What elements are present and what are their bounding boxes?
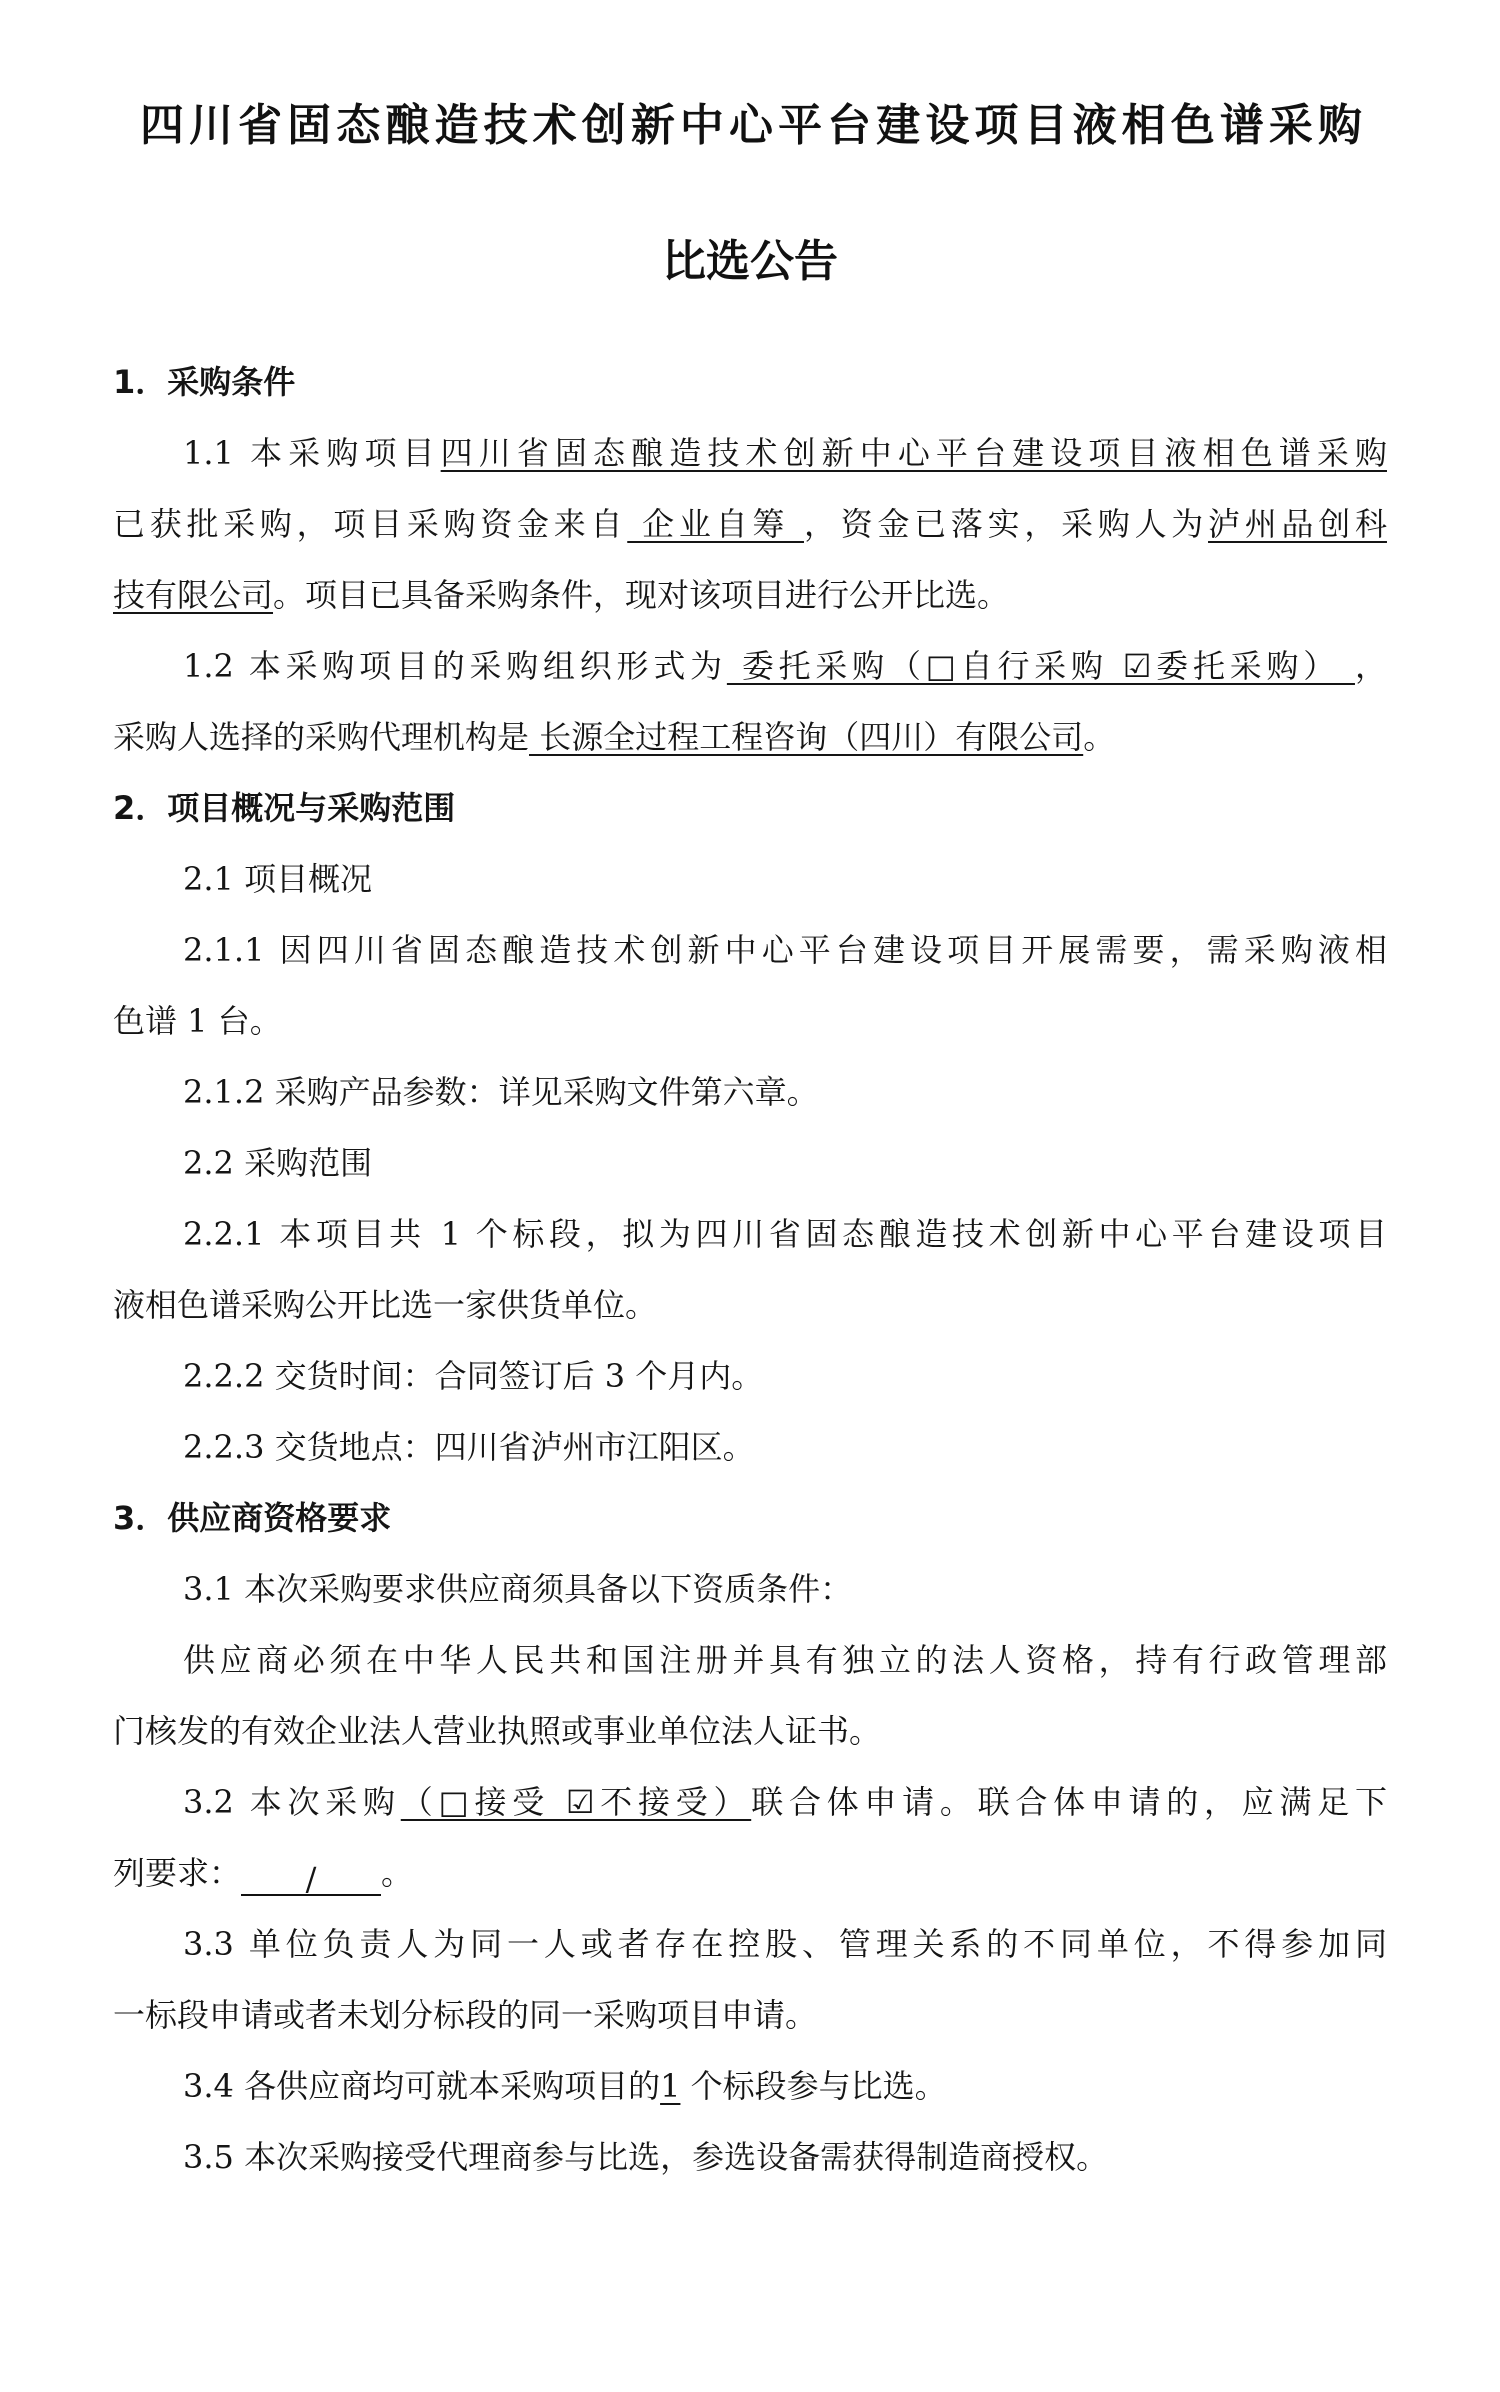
text-run: 2.2.3 交货地点：四川省泸州市江阳区。 — [183, 1428, 755, 1466]
paragraph-line: 技有限公司。项目已具备采购条件，现对该项目进行公开比选。 — [113, 570, 1387, 620]
paragraph-line: 2.2 采购范围 — [183, 1138, 1387, 1188]
underlined-field: 泸州品创科 — [1208, 505, 1387, 543]
text-run: ，资金已落实，采购人为 — [804, 505, 1208, 543]
text-run: 2.2.1 本项目共 1 个标段，拟为四川省固态酿造技术创新中心平台建设项目 — [183, 1215, 1387, 1253]
fill-in-blank: / — [241, 1854, 381, 1896]
paragraph-line: 供应商必须在中华人民共和国注册并具有独立的法人资格，持有行政管理部 — [183, 1635, 1387, 1685]
text-run: 3.2 本次采购 — [183, 1783, 401, 1821]
text-run: 2.1.2 采购产品参数：详见采购文件第六章。 — [183, 1073, 819, 1111]
text-run: 。项目已具备采购条件，现对该项目进行公开比选。 — [273, 576, 1009, 614]
text-run: 。 — [381, 1854, 413, 1892]
document-title-line-2: 比选公告 — [0, 234, 1500, 290]
text-run: 1.2 本采购项目的采购组织形式为 — [183, 647, 727, 685]
underlined-field: （□接受 ☑不接受） — [401, 1783, 751, 1821]
underlined-field: 企业自筹 — [627, 505, 804, 543]
section-heading: 3．供应商资格要求 — [113, 1493, 1387, 1543]
text-run: 3.5 本次采购接受代理商参与比选，参选设备需获得制造商授权。 — [183, 2138, 1108, 2176]
paragraph-line: 3.2 本次采购（□接受 ☑不接受）联合体申请。联合体申请的，应满足下 — [183, 1777, 1387, 1827]
text-run: ， — [1355, 647, 1387, 685]
underlined-field: 委托采购（□自行采购 ☑委托采购） — [727, 647, 1355, 685]
paragraph-line: 1.1 本采购项目四川省固态酿造技术创新中心平台建设项目液相色谱采购 — [183, 428, 1387, 478]
text-run: 采购人选择的采购代理机构是 — [113, 718, 529, 756]
underlined-field: 1 — [660, 2067, 680, 2105]
text-run: 3.3 单位负责人为同一人或者存在控股、管理关系的不同单位，不得参加同 — [183, 1925, 1387, 1963]
paragraph-line: 2.1.1 因四川省固态酿造技术创新中心平台建设项目开展需要，需采购液相 — [183, 925, 1387, 975]
document-title-line-1: 四川省固态酿造技术创新中心平台建设项目液相色谱采购 — [140, 98, 1362, 154]
text-run: 3.1 本次采购要求供应商须具备以下资质条件： — [183, 1570, 852, 1608]
document-page: 四川省固态酿造技术创新中心平台建设项目液相色谱采购 比选公告 1．采购条件1.1… — [0, 0, 1500, 2392]
text-run: 个标段参与比选。 — [680, 2067, 946, 2105]
text-run: 2.2.2 交货时间：合同签订后 3 个月内。 — [183, 1357, 763, 1395]
text-run: 门核发的有效企业法人营业执照或事业单位法人证书。 — [113, 1712, 881, 1750]
section-heading: 1．采购条件 — [113, 357, 1387, 407]
paragraph-line: 2.1.2 采购产品参数：详见采购文件第六章。 — [183, 1067, 1387, 1117]
paragraph-line: 采购人选择的采购代理机构是 长源全过程工程咨询（四川）有限公司。 — [113, 712, 1387, 762]
paragraph-line: 2.2.1 本项目共 1 个标段，拟为四川省固态酿造技术创新中心平台建设项目 — [183, 1209, 1387, 1259]
text-run: 已获批采购，项目采购资金来自 — [113, 505, 627, 543]
paragraph-line: 液相色谱采购公开比选一家供货单位。 — [113, 1280, 1387, 1330]
text-run: 1.1 本采购项目 — [183, 434, 441, 472]
paragraph-line: 3.4 各供应商均可就本采购项目的1 个标段参与比选。 — [183, 2061, 1387, 2111]
section-heading: 2．项目概况与采购范围 — [113, 783, 1387, 833]
text-run: 。 — [1083, 718, 1115, 756]
underlined-field: 长源全过程工程咨询（四川）有限公司 — [529, 718, 1083, 756]
paragraph-line: 3.3 单位负责人为同一人或者存在控股、管理关系的不同单位，不得参加同 — [183, 1919, 1387, 1969]
paragraph-line: 一标段申请或者未划分标段的同一采购项目申请。 — [113, 1990, 1387, 2040]
paragraph-line: 3.5 本次采购接受代理商参与比选，参选设备需获得制造商授权。 — [183, 2132, 1387, 2182]
text-run: 联合体申请。联合体申请的，应满足下 — [751, 1783, 1387, 1821]
text-run: 2.1 项目概况 — [183, 860, 372, 898]
text-run: 2.2 采购范围 — [183, 1144, 372, 1182]
text-run: 3.4 各供应商均可就本采购项目的 — [183, 2067, 660, 2105]
paragraph-line: 2.2.2 交货时间：合同签订后 3 个月内。 — [183, 1351, 1387, 1401]
underlined-field: 技有限公司 — [113, 576, 273, 614]
text-run: 2.1.1 因四川省固态酿造技术创新中心平台建设项目开展需要，需采购液相 — [183, 931, 1387, 969]
paragraph-line: 1.2 本采购项目的采购组织形式为 委托采购（□自行采购 ☑委托采购） ， — [183, 641, 1387, 691]
underlined-field: 四川省固态酿造技术创新中心平台建设项目液相色谱采购 — [441, 434, 1387, 472]
paragraph-line: 列要求：/。 — [113, 1848, 1387, 1898]
text-run: 色谱 1 台。 — [113, 1002, 282, 1040]
paragraph-line: 门核发的有效企业法人营业执照或事业单位法人证书。 — [113, 1706, 1387, 1756]
paragraph-line: 3.1 本次采购要求供应商须具备以下资质条件： — [183, 1564, 1387, 1614]
text-run: 液相色谱采购公开比选一家供货单位。 — [113, 1286, 657, 1324]
paragraph-line: 2.1 项目概况 — [183, 854, 1387, 904]
text-run: 供应商必须在中华人民共和国注册并具有独立的法人资格，持有行政管理部 — [183, 1641, 1387, 1679]
paragraph-line: 2.2.3 交货地点：四川省泸州市江阳区。 — [183, 1422, 1387, 1472]
paragraph-line: 色谱 1 台。 — [113, 996, 1387, 1046]
text-run: 列要求： — [113, 1854, 241, 1892]
text-run: 一标段申请或者未划分标段的同一采购项目申请。 — [113, 1996, 817, 2034]
paragraph-line: 已获批采购，项目采购资金来自 企业自筹 ，资金已落实，采购人为泸州品创科 — [113, 499, 1387, 549]
